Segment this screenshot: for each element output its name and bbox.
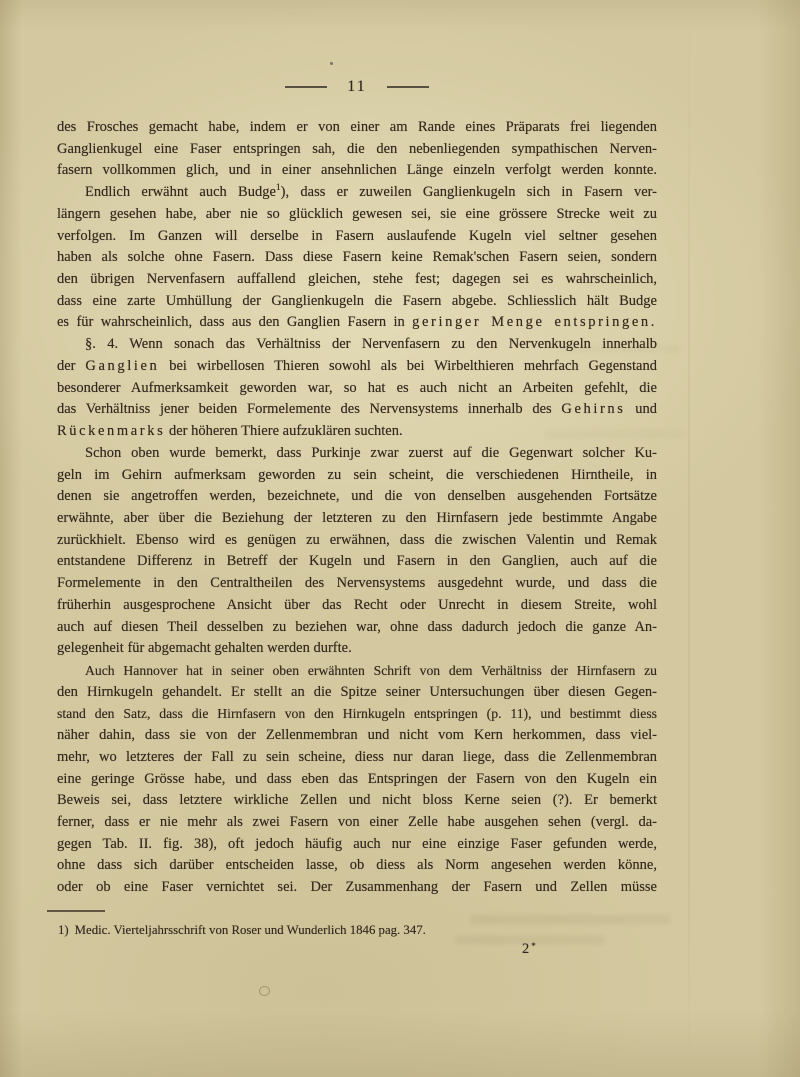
text-line: haben als solche ohne Fasern. Dass diese… (57, 247, 657, 269)
footnote-separator-rule (47, 910, 105, 912)
text-line: der Ganglien bei wirbellosen Thieren sow… (57, 356, 657, 378)
body-text: des Frosches gemacht habe, indem er von … (57, 117, 657, 899)
text-segment: erwähnte, aber über die Beziehung der le… (57, 510, 657, 526)
page-number-rule-right (387, 86, 429, 88)
text-segment: denen sie angetroffen werden, bezeichnet… (57, 488, 657, 504)
paper-crease (688, 0, 690, 1077)
text-line: verfolgen. Im Ganzen will derselbe in Fa… (57, 226, 657, 248)
text-line: besonderer Aufmerksamkeit geworden war, … (57, 378, 657, 400)
text-segment: entstandene Differenz in Betreff der Kug… (57, 553, 657, 569)
text-line: oder ob eine Faser vernichtet sei. Der Z… (57, 877, 657, 899)
text-segment: das Verhältniss jener beiden Formelement… (57, 401, 561, 417)
emphasized-spaced-text: Ganglien (85, 358, 159, 374)
text-line: Beweis sei, dass letztere wirkliche Zell… (57, 790, 657, 812)
text-segment: den übrigen Nervenfasern auffallend glei… (57, 271, 657, 287)
footnote-text: Medic. Vierteljahrsschrift von Roser und… (75, 923, 426, 937)
text-line: den Hirnkugeln gehandelt. Er stellt an d… (57, 682, 657, 704)
bleed-through-smudge (455, 936, 605, 944)
text-segment: zurückhielt. Ebenso wird es genügen zu e… (57, 532, 657, 548)
text-segment: näher dahin, dass sie von der Zellenmemb… (57, 727, 657, 743)
text-segment: verfolgen. Im Ganzen will derselbe in Fa… (57, 228, 657, 244)
text-segment: Formelemente in den Centraltheilen des N… (57, 575, 657, 591)
text-line: gelegenheit für abgemacht gehalten werde… (57, 638, 657, 660)
text-segment: bei wirbellosen Thieren sowohl als bei W… (159, 358, 657, 374)
text-segment: gegen Tab. II. fig. 38), oft jedoch häuf… (57, 836, 657, 852)
text-line: auch auf diesen Theil desselben zu bezie… (57, 617, 657, 639)
text-segment: mehr, wo letzteres der Fall zu sein sche… (57, 749, 657, 765)
text-segment: es für wahrscheinlich, dass aus den Gang… (57, 314, 412, 330)
bleed-through-smudge (560, 345, 680, 353)
text-line: geln im Gehirn aufmerksam geworden zu se… (57, 465, 657, 487)
text-line: dass eine zarte Umhüllung der Ganglienku… (57, 291, 657, 313)
emphasized-spaced-text: Gehirns (561, 401, 625, 417)
footnote-marker: 1) (58, 923, 69, 937)
text-segment: Ganglienkugel eine Faser entspringen sah… (57, 141, 657, 157)
text-segment: besonderer Aufmerksamkeit geworden war, … (57, 380, 657, 396)
text-segment: ferner, dass er nie mehr als zwei Fasern… (57, 814, 657, 830)
text-segment: Schon oben wurde bemerkt, dass Purkinje … (85, 445, 657, 461)
text-line: gegen Tab. II. fig. 38), oft jedoch häuf… (57, 834, 657, 856)
text-line: Ganglienkugel eine Faser entspringen sah… (57, 139, 657, 161)
text-line: erwähnte, aber über die Beziehung der le… (57, 508, 657, 530)
text-segment: und (626, 401, 657, 417)
text-segment: Endlich erwähnt auch Budge (85, 184, 276, 200)
bleed-through-smudge (545, 430, 685, 438)
page-number-rule-left (285, 86, 327, 88)
text-line: Formelemente in den Centraltheilen des N… (57, 573, 657, 595)
text-segment: Beweis sei, dass letztere wirkliche Zell… (57, 792, 657, 808)
text-segment: geln im Gehirn aufmerksam geworden zu se… (57, 467, 657, 483)
text-segment: gelegenheit für abgemacht gehalten werde… (57, 640, 352, 656)
text-segment: früherhin ausgesprochene Ansicht über da… (57, 597, 657, 613)
text-segment: der (57, 358, 85, 374)
text-line: mehr, wo letzteres der Fall zu sein sche… (57, 747, 657, 769)
text-segment: ohne dass sich darüber entscheiden lasse… (57, 857, 657, 873)
text-line: näher dahin, dass sie von der Zellenmemb… (57, 725, 657, 747)
text-line: zurückhielt. Ebenso wird es genügen zu e… (57, 530, 657, 552)
ink-speck (330, 62, 333, 65)
page-header: 11 (57, 78, 657, 96)
text-segment: oder ob eine Faser vernichtet sei. Der Z… (57, 879, 657, 895)
text-segment: haben als solche ohne Fasern. Dass diese… (57, 249, 657, 265)
text-segment: der höheren Thiere aufzuklären suchten. (165, 423, 402, 439)
text-line: ohne dass sich darüber entscheiden lasse… (57, 855, 657, 877)
text-line: eine geringe Grösse habe, und dass eben … (57, 769, 657, 791)
text-line: ferner, dass er nie mehr als zwei Fasern… (57, 812, 657, 834)
text-line: stand den Satz, dass die Hirnfasern von … (57, 703, 657, 725)
text-line: denen sie angetroffen werden, bezeichnet… (57, 486, 657, 508)
text-line: den übrigen Nervenfasern auffallend glei… (57, 269, 657, 291)
text-segment: dass eine zarte Umhüllung der Ganglienku… (57, 293, 657, 309)
text-segment: Auch Hannover hat in seiner oben erwähnt… (85, 663, 657, 678)
text-segment: auch auf diesen Theil desselben zu bezie… (57, 619, 657, 635)
emphasized-spaced-text: geringer Menge entspringen. (412, 314, 657, 330)
text-segment: eine geringe Grösse habe, und dass eben … (57, 771, 657, 787)
text-line: des Frosches gemacht habe, indem er von … (57, 117, 657, 139)
text-line: Auch Hannover hat in seiner oben erwähnt… (57, 660, 657, 682)
text-line: Endlich erwähnt auch Budge1), dass er zu… (57, 182, 657, 204)
text-line: es für wahrscheinlich, dass aus den Gang… (57, 312, 657, 334)
text-segment: den Hirnkugeln gehandelt. Er stellt an d… (57, 684, 657, 700)
text-segment: längern gesehen habe, aber nie so glückl… (57, 206, 657, 222)
text-segment: des Frosches gemacht habe, indem er von … (57, 119, 657, 135)
ring-stain (259, 986, 270, 996)
text-line: früherhin ausgesprochene Ansicht über da… (57, 595, 657, 617)
text-line: Schon oben wurde bemerkt, dass Purkinje … (57, 443, 657, 465)
text-line: längern gesehen habe, aber nie so glückl… (57, 204, 657, 226)
text-segment: fasern vollkommen glich, und in einer an… (57, 162, 657, 178)
text-segment: ), dass er zuweilen Ganglienkugeln sich … (281, 184, 657, 200)
text-line: fasern vollkommen glich, und in einer an… (57, 160, 657, 182)
text-segment: stand den Satz, dass die Hirnfasern von … (57, 706, 657, 721)
bleed-through-smudge (470, 915, 670, 924)
text-line: entstandene Differenz in Betreff der Kug… (57, 551, 657, 573)
emphasized-spaced-text: Rückenmarks (57, 423, 165, 439)
page-number: 11 (347, 78, 366, 96)
text-line: das Verhältniss jener beiden Formelement… (57, 399, 657, 421)
scanned-book-page: 11 des Frosches gemacht habe, indem er v… (0, 0, 800, 1077)
